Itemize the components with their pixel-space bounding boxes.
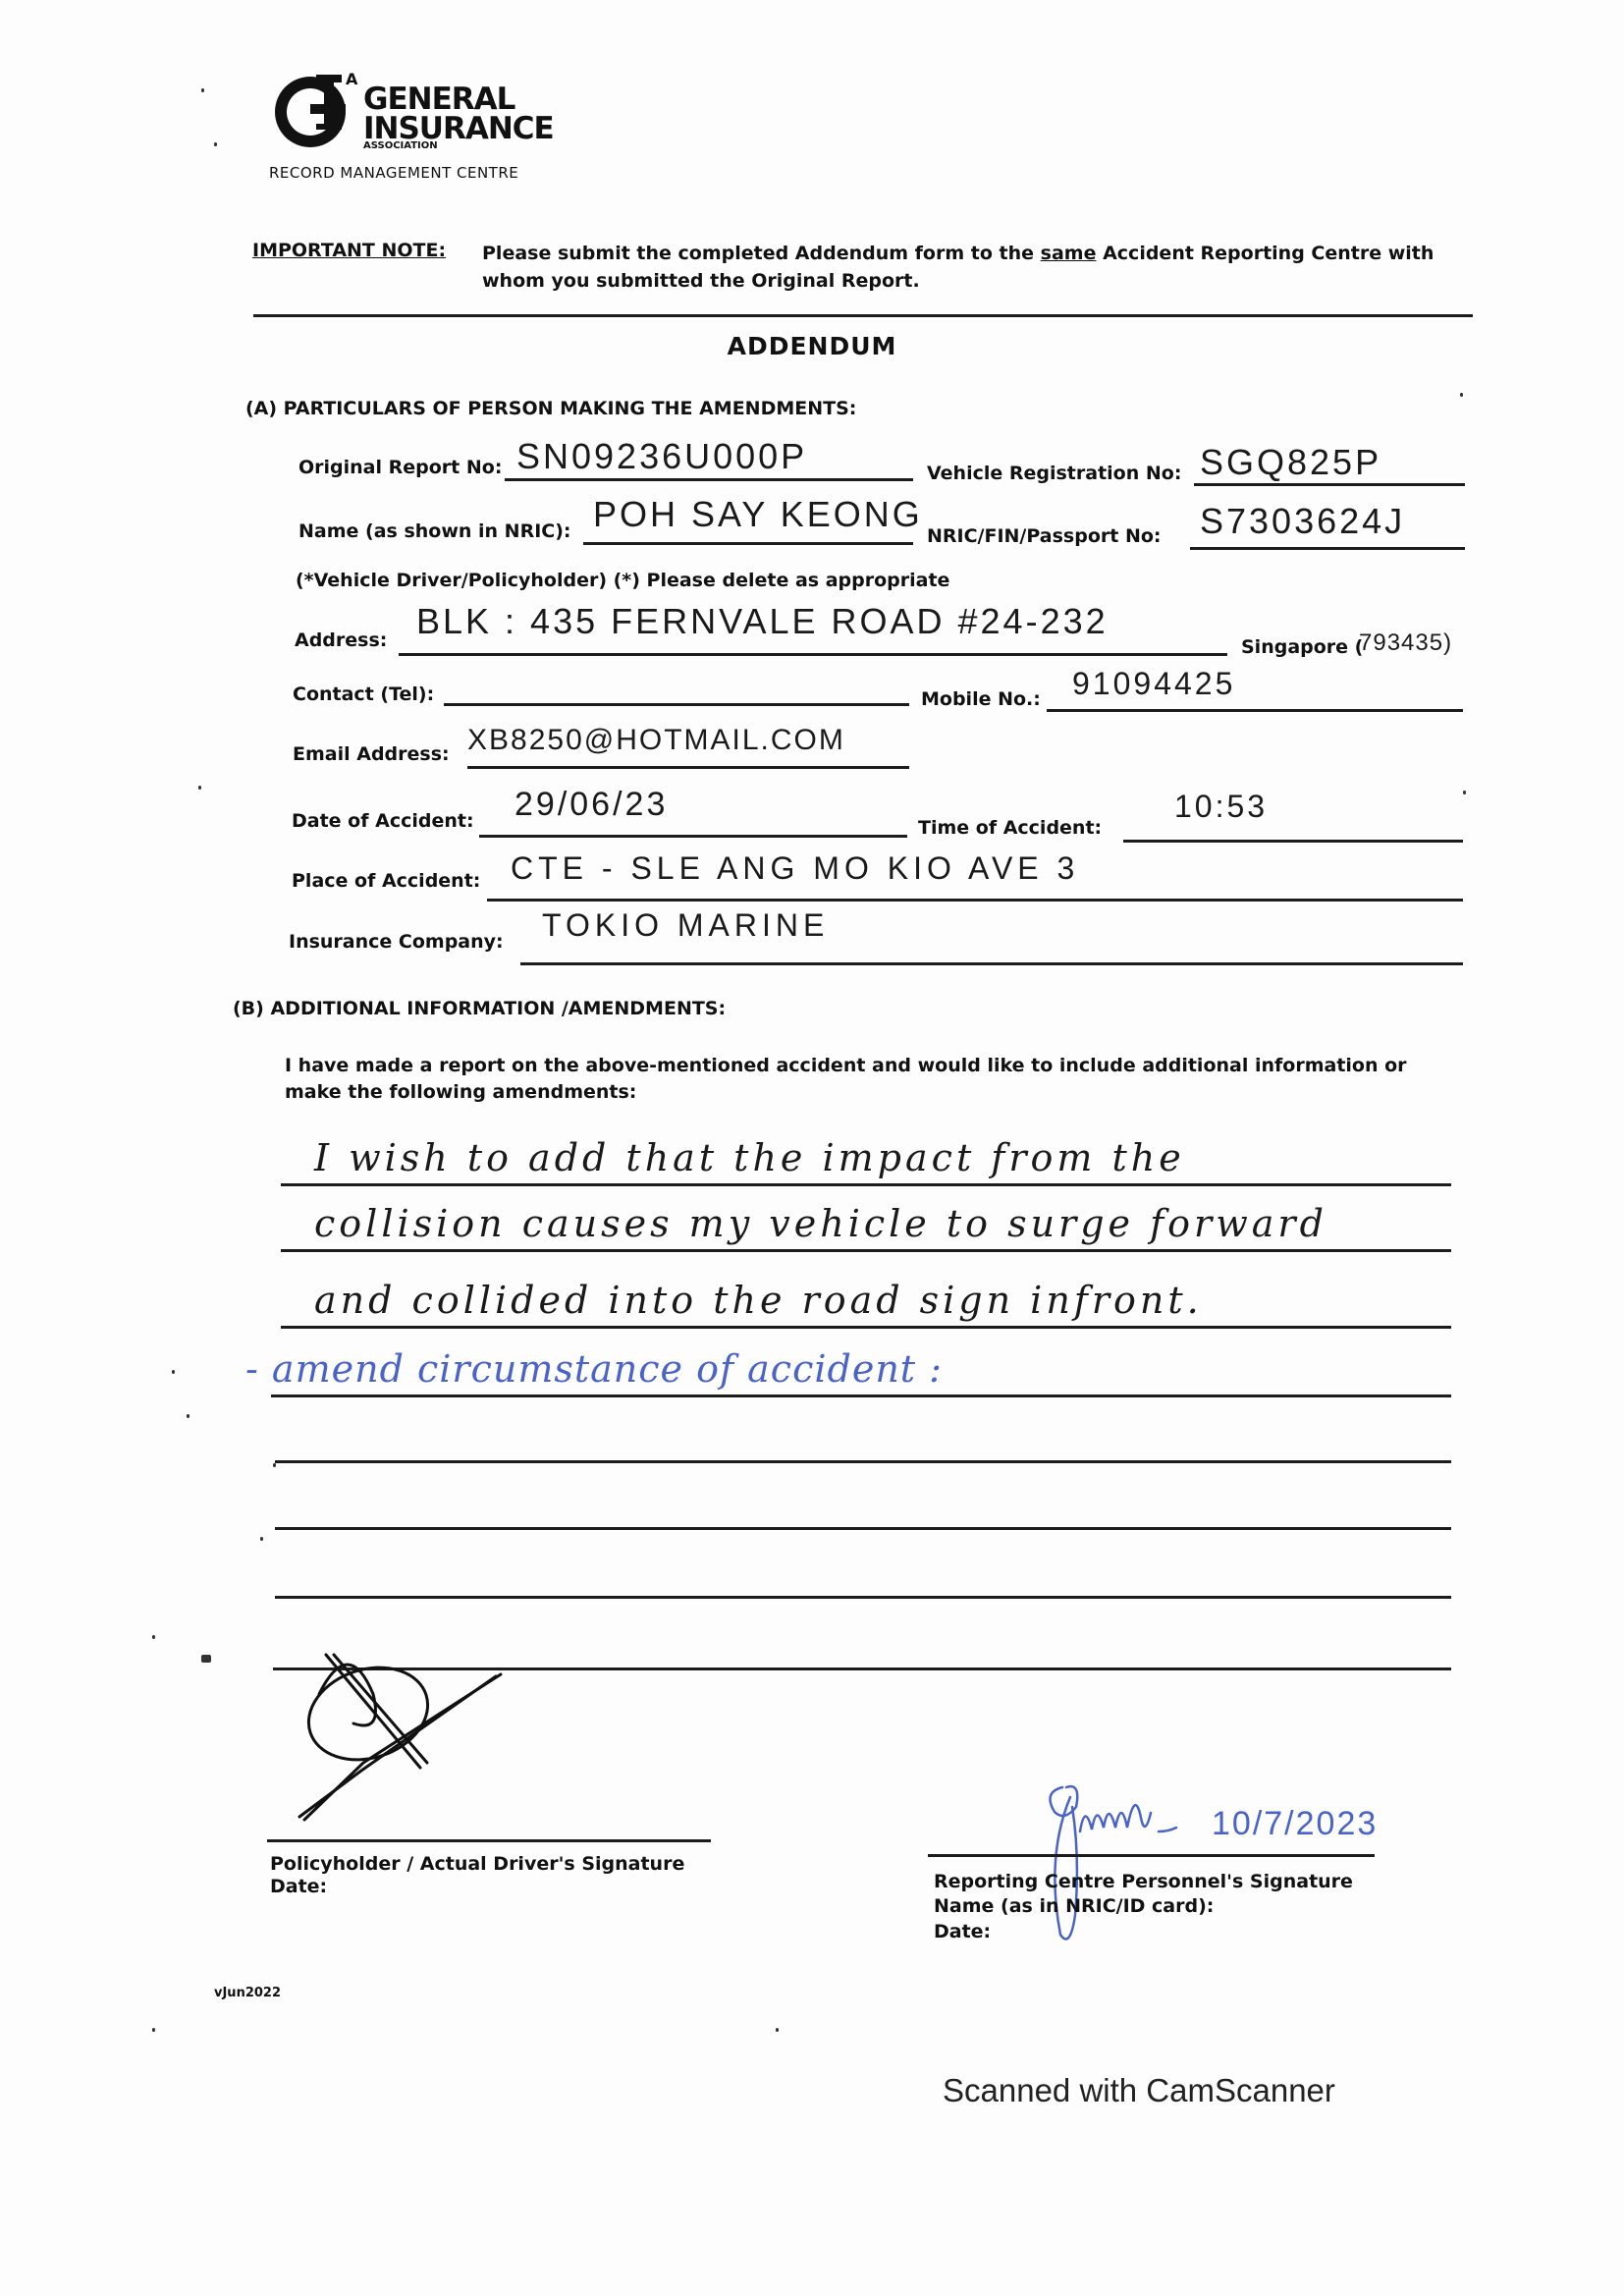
- form-title: ADDENDUM: [0, 332, 1624, 360]
- amendment-line[interactable]: [281, 1183, 1451, 1186]
- name-label: Name (as shown in NRIC):: [298, 520, 571, 542]
- personnel-date-label: Date:: [934, 1921, 991, 1942]
- amendment-text: I wish to add that the impact from the: [314, 1136, 1185, 1179]
- personnel-signature-line: [928, 1854, 1375, 1857]
- singapore-label: Singapore (: [1241, 636, 1363, 658]
- section-a-heading: (A) PARTICULARS OF PERSON MAKING THE AME…: [245, 398, 856, 419]
- nric-value: S7303624J: [1200, 501, 1405, 542]
- camscanner-watermark: Scanned with CamScanner: [943, 2072, 1335, 2109]
- personnel-handwritten-date: 10/7/2023: [1212, 1805, 1378, 1843]
- scan-speck: [187, 1414, 189, 1418]
- amendment-line[interactable]: [281, 1326, 1451, 1329]
- amendment-text: and collided into the road sign infront.: [314, 1279, 1203, 1322]
- policyholder-signature-label: Policyholder / Actual Driver's Signature: [270, 1853, 684, 1875]
- time-of-accident-label: Time of Accident:: [918, 817, 1102, 839]
- header-divider: [253, 314, 1473, 317]
- insurance-company-value: TOKIO MARINE: [542, 907, 829, 944]
- policyholder-date-label: Date:: [270, 1876, 327, 1897]
- date-of-accident-value: 29/06/23: [514, 786, 668, 824]
- logo-insurance: INSURANCE: [363, 114, 554, 143]
- scan-speck: [273, 1463, 276, 1467]
- contact-tel-label: Contact (Tel):: [293, 683, 434, 705]
- svg-text:A: A: [346, 70, 358, 88]
- place-of-accident-value: CTE - SLE ANG MO KIO AVE 3: [511, 850, 1079, 887]
- vehicle-registration-label: Vehicle Registration No:: [927, 463, 1181, 484]
- important-note-label: IMPORTANT NOTE:: [252, 240, 446, 261]
- logo-record-management-centre: RECORD MANAGEMENT CENTRE: [269, 164, 518, 182]
- personnel-signature-label: Reporting Centre Personnel's Signature: [934, 1871, 1353, 1892]
- amendment-text: collision causes my vehicle to surge for…: [314, 1202, 1327, 1245]
- contact-tel-field[interactable]: [444, 674, 909, 706]
- important-note-text: Please submit the completed Addendum for…: [482, 240, 1474, 295]
- postal-code-value: 793435): [1359, 629, 1452, 657]
- policyholder-signature-icon: [275, 1645, 511, 1822]
- nric-label: NRIC/FIN/Passport No:: [927, 525, 1162, 547]
- mobile-label: Mobile No.:: [921, 688, 1041, 710]
- personnel-name-label: Name (as in NRIC/ID card):: [934, 1895, 1214, 1917]
- scan-speck: [172, 1370, 175, 1374]
- place-of-accident-label: Place of Accident:: [292, 870, 480, 892]
- scan-speck: [1463, 791, 1466, 794]
- scan-speck: [201, 88, 204, 92]
- vehicle-registration-value: SGQ825P: [1200, 442, 1381, 483]
- scan-speck: [776, 2028, 779, 2032]
- personnel-signature-icon: [1041, 1777, 1218, 1944]
- amendment-line[interactable]: [281, 1249, 1451, 1252]
- form-version: vJun2022: [214, 1986, 281, 2000]
- amendment-line[interactable]: [271, 1394, 1451, 1397]
- address-value: BLK : 435 FERNVALE ROAD #24-232: [416, 601, 1109, 642]
- email-value: XB8250@HOTMAIL.COM: [467, 724, 845, 757]
- scan-speck: [214, 142, 217, 146]
- amendment-line[interactable]: [275, 1460, 1451, 1463]
- policyholder-signature-line: [267, 1839, 711, 1842]
- scan-speck: [152, 1635, 155, 1639]
- insurance-company-label: Insurance Company:: [289, 931, 504, 953]
- scan-speck: [1460, 393, 1463, 397]
- amendment-line[interactable]: [275, 1527, 1451, 1530]
- gia-logo-mark-icon: A: [273, 69, 363, 149]
- section-b-heading: (B) ADDITIONAL INFORMATION /AMENDMENTS:: [233, 998, 726, 1019]
- scan-speck: [198, 786, 201, 790]
- amendment-line[interactable]: [275, 1596, 1451, 1599]
- section-b-intro: I have made a report on the above-mentio…: [285, 1053, 1463, 1106]
- scan-speck: [152, 2028, 155, 2032]
- logo-general: GENERAL: [363, 84, 554, 114]
- logo-association: ASSOCIATION: [363, 140, 438, 151]
- date-of-accident-label: Date of Accident:: [292, 810, 474, 832]
- scan-speck: [201, 1655, 211, 1663]
- name-value: POH SAY KEONG: [593, 494, 923, 535]
- scan-speck: [260, 1537, 263, 1541]
- amendment-text: - amend circumstance of accident :: [245, 1347, 943, 1391]
- email-label: Email Address:: [293, 743, 450, 765]
- role-note: (*Vehicle Driver/Policyholder) (*) Pleas…: [296, 570, 949, 591]
- original-report-value: SN09236U000P: [516, 436, 807, 477]
- original-report-label: Original Report No:: [298, 457, 502, 478]
- address-label: Address:: [295, 629, 387, 651]
- time-of-accident-value: 10:53: [1174, 789, 1268, 825]
- mobile-value: 91094425: [1072, 666, 1235, 702]
